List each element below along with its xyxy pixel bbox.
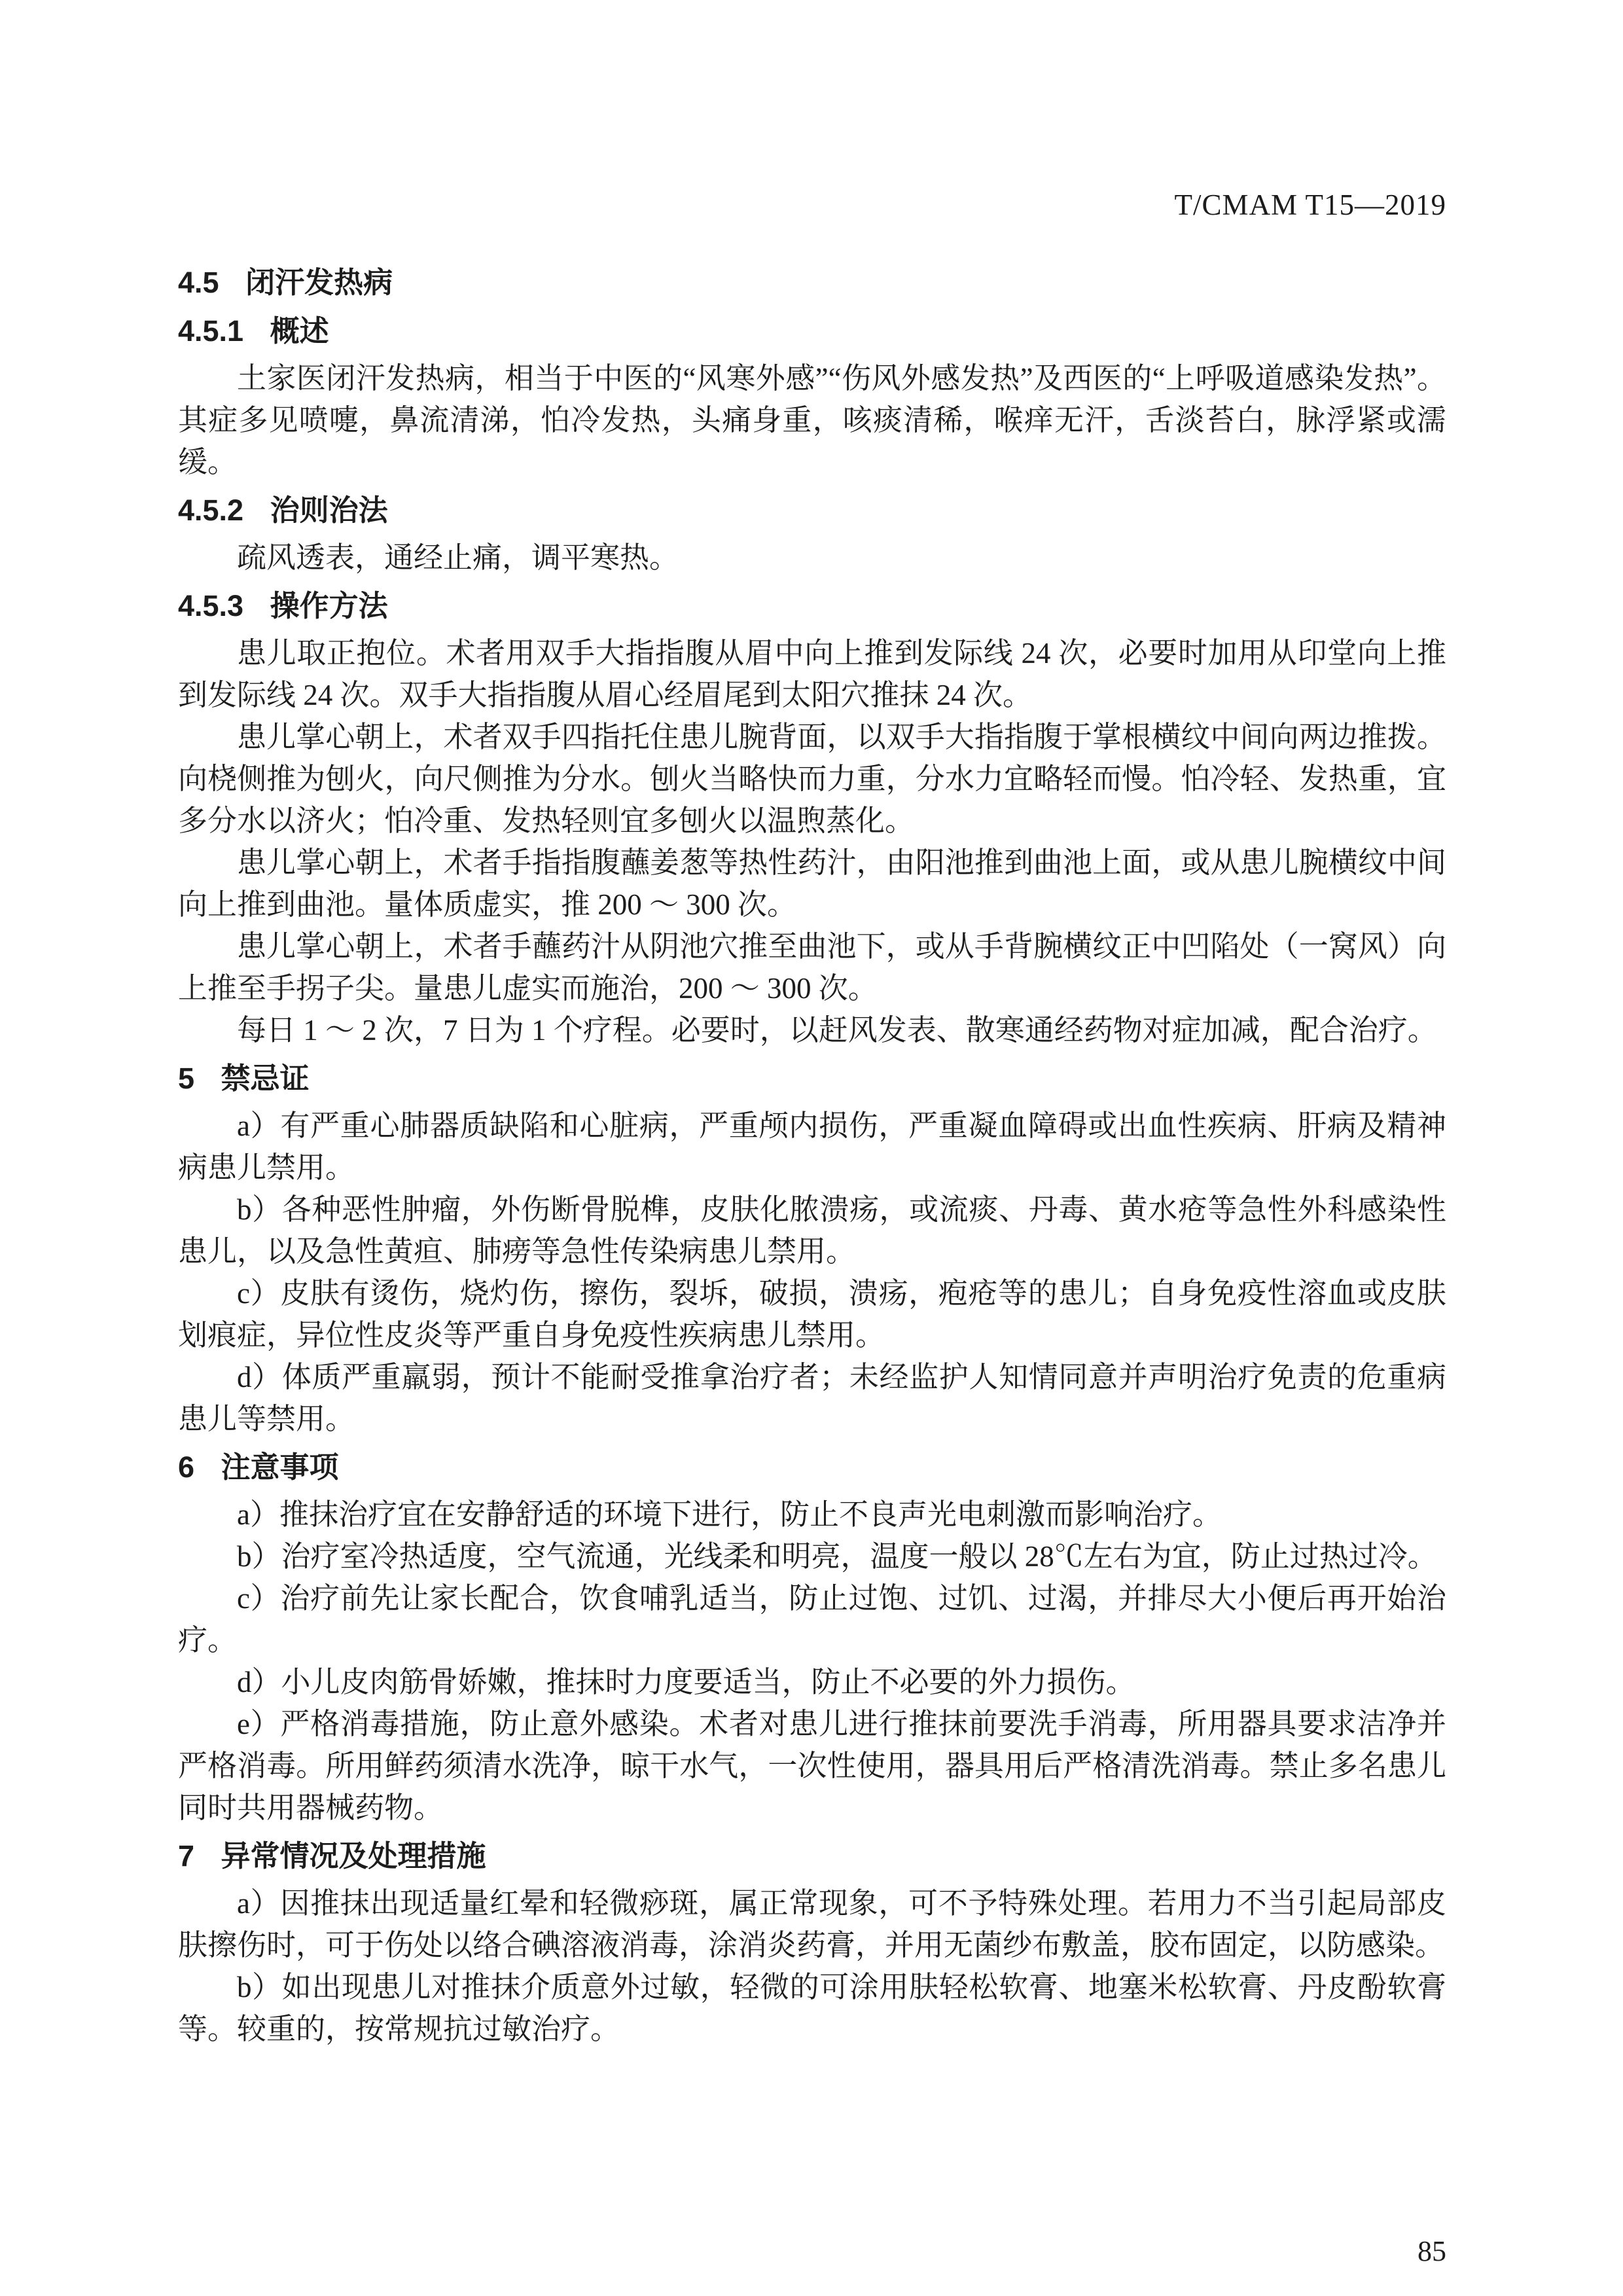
paragraph: c）治疗前先让家长配合，饮食哺乳适当，防止过饱、过饥、过渴，并排尽大小便后再开始… bbox=[178, 1577, 1446, 1661]
paragraph: a）有严重心肺器质缺陷和心脏病，严重颅内损伤，严重凝血障碍或出血性疾病、肝病及精… bbox=[178, 1105, 1446, 1189]
heading-title: 禁忌证 bbox=[221, 1062, 310, 1095]
paragraph: 患儿掌心朝上，术者手蘸药汁从阴池穴推至曲池下，或从手背腕横纹正中凹陷处（一窝风）… bbox=[178, 925, 1446, 1009]
paragraph: a）推抹治疗宜在安静舒适的环境下进行，防止不良声光电刺激而影响治疗。 bbox=[178, 1494, 1446, 1535]
paragraph: d）小儿皮肉筋骨娇嫩，推抹时力度要适当，防止不必要的外力损伤。 bbox=[178, 1661, 1446, 1703]
heading-title: 操作方法 bbox=[270, 589, 388, 622]
paragraph: 患儿取正抱位。术者用双手大指指腹从眉中向上推到发际线 24 次，必要时加用从印堂… bbox=[178, 632, 1446, 716]
heading-number: 7 bbox=[178, 1835, 194, 1877]
paragraph: b）如出现患儿对推抹介质意外过敏，轻微的可涂用肤轻松软膏、地塞米松软膏、丹皮酚软… bbox=[178, 1966, 1446, 2050]
document-content: 4.5闭汗发热病4.5.1概述土家医闭汗发热病，相当于中医的“风寒外感”“伤风外… bbox=[178, 262, 1446, 2050]
heading-title: 概述 bbox=[270, 314, 329, 348]
paragraph: d）体质严重羸弱，预计不能耐受推拿治疗者；未经监护人知情同意并声明治疗免责的危重… bbox=[178, 1356, 1446, 1440]
standard-code-header: T/CMAM T15—2019 bbox=[178, 188, 1446, 221]
paragraph: c）皮肤有烫伤，烧灼伤，擦伤，裂坼，破损，溃疡，疱疮等的患儿；自身免疫性溶血或皮… bbox=[178, 1272, 1446, 1356]
section-heading-5: 5禁忌证 bbox=[178, 1058, 1446, 1100]
section-heading-4.5.1: 4.5.1概述 bbox=[178, 310, 1446, 352]
paragraph: 患儿掌心朝上，术者双手四指托住患儿腕背面，以双手大指指腹于掌根横纹中间向两边推拨… bbox=[178, 716, 1446, 842]
heading-number: 4.5.2 bbox=[178, 490, 243, 531]
paragraph: a）因推抹出现适量红晕和轻微痧斑，属正常现象，可不予特殊处理。若用力不当引起局部… bbox=[178, 1882, 1446, 1966]
section-heading-4.5: 4.5闭汗发热病 bbox=[178, 262, 1446, 304]
paragraph: 土家医闭汗发热病，相当于中医的“风寒外感”“伤风外感发热”及西医的“上呼吸道感染… bbox=[178, 357, 1446, 483]
heading-number: 6 bbox=[178, 1446, 194, 1488]
heading-number: 5 bbox=[178, 1058, 194, 1100]
section-heading-6: 6注意事项 bbox=[178, 1446, 1446, 1488]
paragraph: 每日 1 ～ 2 次，7 日为 1 个疗程。必要时，以赶风发表、散寒通经药物对症… bbox=[178, 1009, 1446, 1051]
page-number: 85 bbox=[1418, 2236, 1446, 2267]
heading-number: 4.5 bbox=[178, 262, 219, 304]
paragraph: 患儿掌心朝上，术者手指指腹蘸姜葱等热性药汁，由阳池推到曲池上面，或从患儿腕横纹中… bbox=[178, 842, 1446, 925]
paragraph: e）严格消毒措施，防止意外感染。术者对患儿进行推抹前要洗手消毒，所用器具要求洁净… bbox=[178, 1703, 1446, 1829]
document-page: T/CMAM T15—2019 4.5闭汗发热病4.5.1概述土家医闭汗发热病，… bbox=[0, 0, 1623, 2296]
heading-number: 4.5.3 bbox=[178, 585, 243, 627]
section-heading-4.5.3: 4.5.3操作方法 bbox=[178, 585, 1446, 627]
heading-title: 注意事项 bbox=[221, 1450, 339, 1484]
section-heading-4.5.2: 4.5.2治则治法 bbox=[178, 490, 1446, 531]
section-heading-7: 7异常情况及处理措施 bbox=[178, 1835, 1446, 1877]
paragraph: b）各种恶性肿瘤，外伤断骨脱榫，皮肤化脓溃疡，或流痰、丹毒、黄水疮等急性外科感染… bbox=[178, 1189, 1446, 1272]
paragraph: 疏风透表，通经止痛，调平寒热。 bbox=[178, 537, 1446, 579]
heading-title: 治则治法 bbox=[270, 493, 388, 527]
heading-title: 异常情况及处理措施 bbox=[221, 1839, 486, 1873]
heading-number: 4.5.1 bbox=[178, 310, 243, 352]
paragraph: b）治疗室冷热适度，空气流通，光线柔和明亮，温度一般以 28℃左右为宜，防止过热… bbox=[178, 1535, 1446, 1577]
heading-title: 闭汗发热病 bbox=[245, 266, 393, 299]
